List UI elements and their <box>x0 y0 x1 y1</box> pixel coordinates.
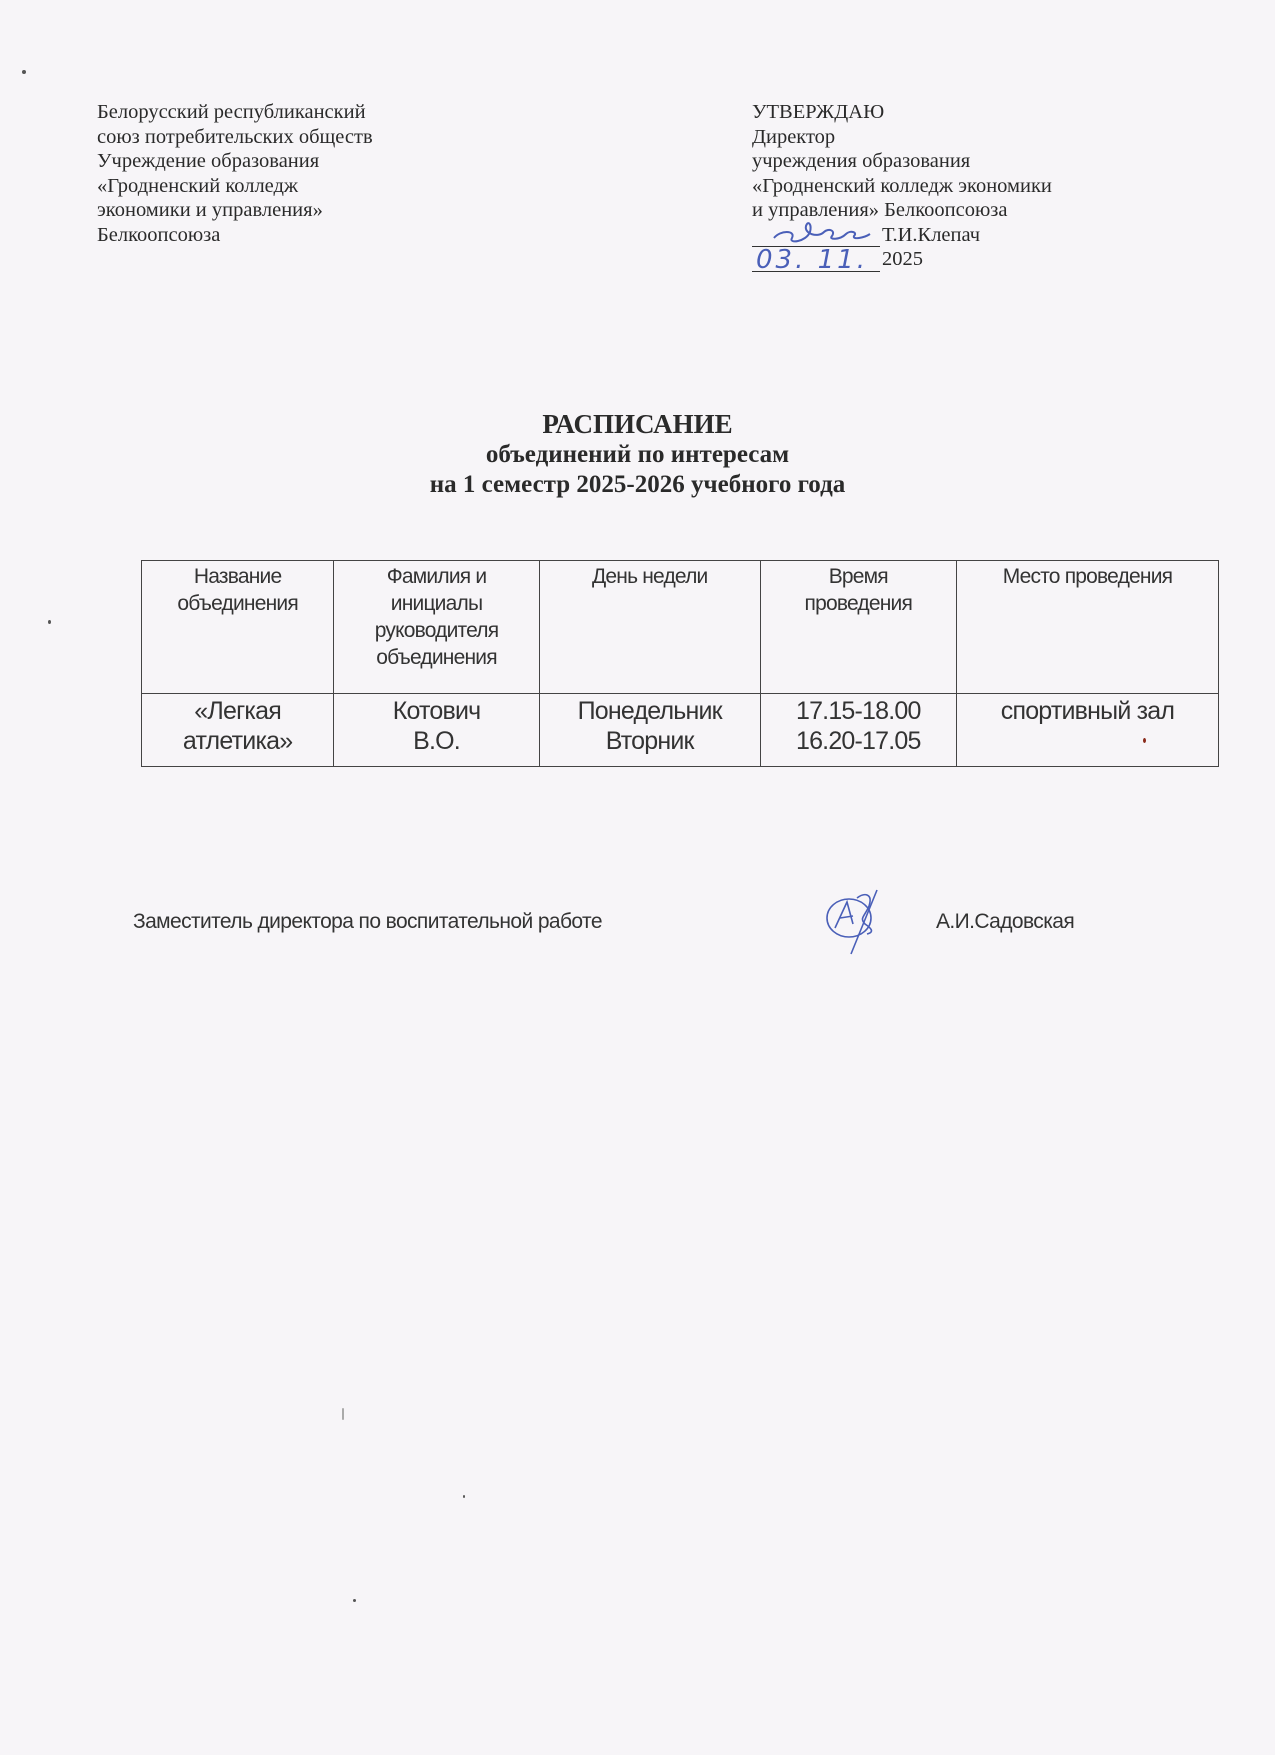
org-line: Белкоопсоюза <box>97 223 373 248</box>
date-blank: 03. 11. <box>752 251 880 272</box>
approval-line: учреждения образования <box>752 149 1052 174</box>
header-location: Место проведения <box>956 561 1218 694</box>
director-signature-icon <box>766 216 876 246</box>
header-weekday: День недели <box>539 561 760 694</box>
scan-speck <box>22 70 26 74</box>
scan-speck <box>463 1495 465 1498</box>
org-line: «Гродненский колледж <box>97 174 373 199</box>
org-line: Белорусский республиканский <box>97 100 373 125</box>
table-header-row: Название объединения Фамилия и инициалы … <box>142 561 1219 694</box>
cell-location: спортивный зал <box>956 694 1218 767</box>
approval-year: 2025 <box>882 248 923 270</box>
cell-club-name: «Легкая атлетика» <box>142 694 334 767</box>
header-club-name: Название объединения <box>142 561 334 694</box>
scan-speck <box>1143 738 1146 743</box>
title-main: РАСПИСАНИЕ <box>0 408 1275 440</box>
director-name: Т.И.Клепач <box>882 224 980 246</box>
signature-blank <box>752 226 880 247</box>
header-leader: Фамилия и инициалы руководителя объедине… <box>334 561 540 694</box>
scan-speck <box>353 1599 356 1602</box>
header-time: Время проведения <box>760 561 956 694</box>
approval-line: «Гродненский колледж экономики <box>752 174 1052 199</box>
approval-line: Директор <box>752 125 1052 150</box>
approval-date-line: 03. 11. 2025 <box>752 247 1052 272</box>
scan-speck <box>342 1408 344 1420</box>
schedule-table: Название объединения Фамилия и инициалы … <box>141 560 1219 767</box>
deputy-position: Заместитель директора по воспитательной … <box>133 910 602 934</box>
director-signature-line: Т.И.Клепач <box>752 223 1052 248</box>
title-subtitle: объединений по интересам <box>0 440 1275 470</box>
document-title: РАСПИСАНИЕ объединений по интересам на 1… <box>0 408 1275 500</box>
title-period: на 1 семестр 2025-2026 учебного года <box>0 470 1275 500</box>
scan-speck <box>48 620 51 624</box>
org-line: союз потребительских обществ <box>97 125 373 150</box>
org-line: Учреждение образования <box>97 149 373 174</box>
deputy-name: А.И.Садовская <box>936 910 1074 934</box>
deputy-signature-icon <box>813 888 893 958</box>
approval-heading: УТВЕРЖДАЮ <box>752 100 1052 125</box>
handwritten-date: 03. 11. <box>756 248 868 273</box>
cell-weekdays: Понедельник Вторник <box>539 694 760 767</box>
organization-header: Белорусский республиканский союз потреби… <box>97 100 373 247</box>
approval-block: УТВЕРЖДАЮ Директор учреждения образовани… <box>752 100 1052 272</box>
table-row: «Легкая атлетика» Котович В.О. Понедельн… <box>142 694 1219 767</box>
cell-times: 17.15-18.00 16.20-17.05 <box>760 694 956 767</box>
org-line: экономики и управления» <box>97 198 373 223</box>
cell-leader: Котович В.О. <box>334 694 540 767</box>
